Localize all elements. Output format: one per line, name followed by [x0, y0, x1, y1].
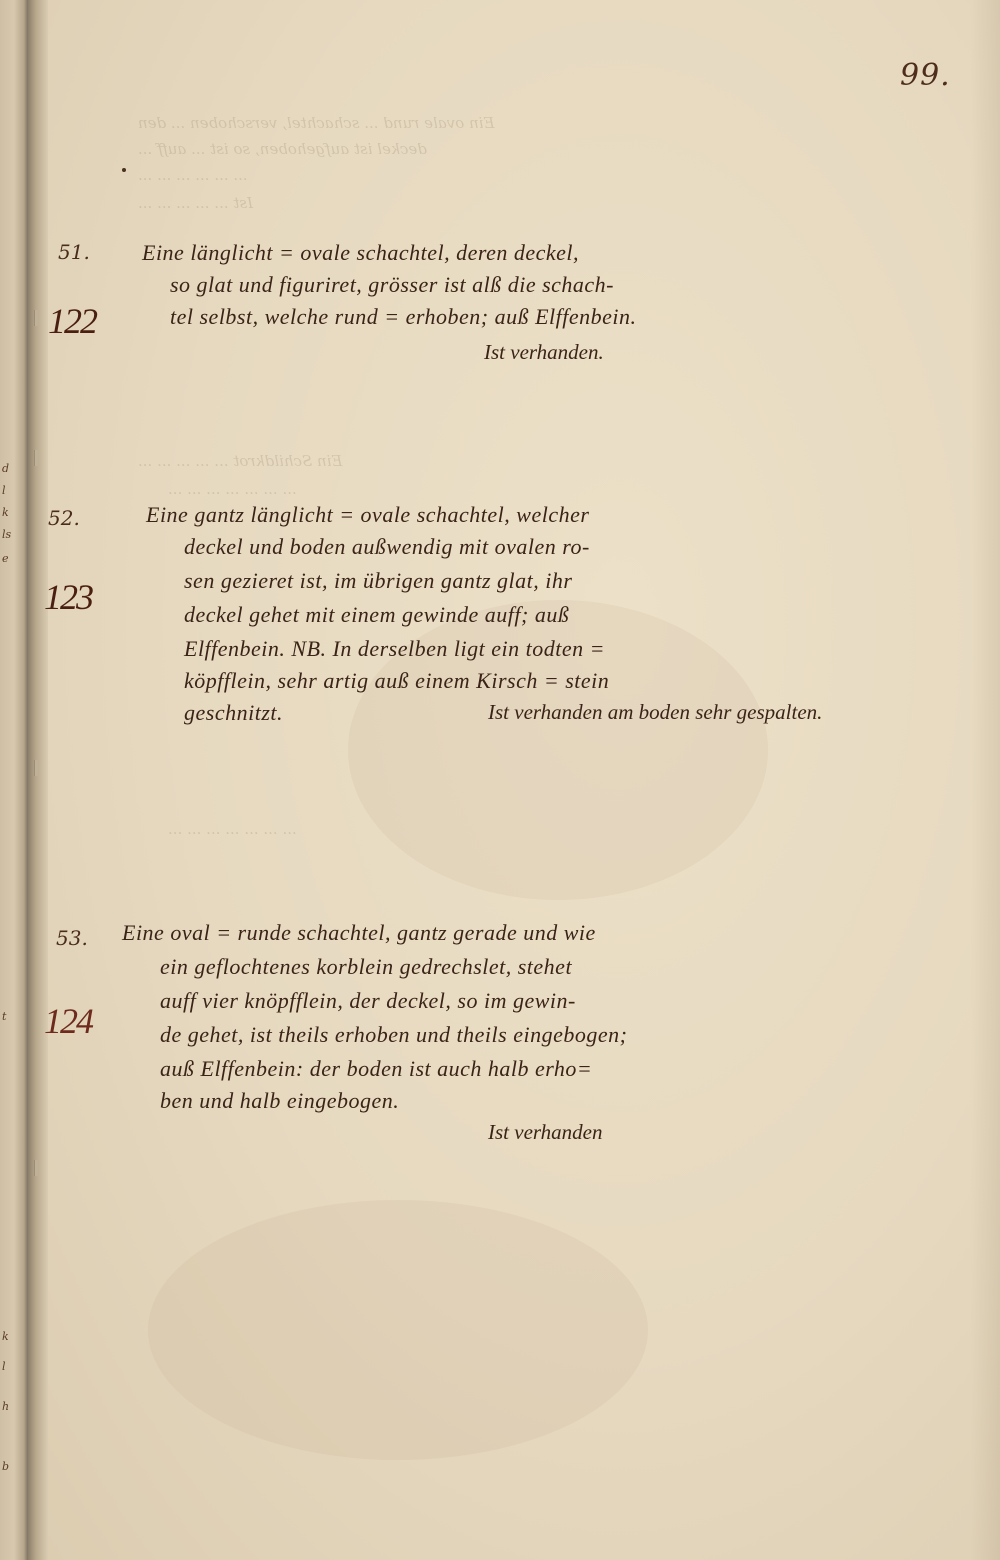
left-page-fragment: b [2, 1460, 24, 1474]
entry-number: 122 [48, 300, 96, 342]
bleedthrough-text: ... ... ... ... ... ... ... [168, 820, 297, 838]
bleedthrough-text: Ist ... ... ... ... ... [138, 194, 253, 212]
bleedthrough-text: Ein Schildkrot ... ... ... ... ... [138, 452, 342, 470]
left-page-fragment: k [2, 506, 24, 520]
left-page-fragment: d [2, 462, 24, 476]
left-page-fragment: e [2, 552, 24, 566]
entry-text-line: Eine gantz länglicht = ovale schachtel, … [146, 502, 589, 528]
entry-text-line: tel selbst, welche rund = erhoben; auß E… [170, 304, 637, 330]
entry-number: 123 [44, 576, 92, 618]
entry-text-line: auß Elffenbein: der boden ist auch halb … [160, 1056, 592, 1082]
entry-mark: 53. [56, 926, 88, 950]
left-page-edge: d l k ls e t k l h b [0, 0, 28, 1560]
manuscript-page: Ein ovale rund ... schachtel, verschoben… [48, 0, 1000, 1560]
bleedthrough-text: ... ... ... ... ... ... [138, 166, 248, 184]
left-page-fragment: t [2, 1010, 24, 1024]
ink-dot [122, 168, 126, 172]
entry-text-line: Elffenbein. NB. In derselben ligt ein to… [184, 636, 605, 662]
left-page-fragment: h [2, 1400, 24, 1414]
manuscript-scan: d l k ls e t k l h b Ein ovale rund ... … [0, 0, 1000, 1560]
entry-number: 124 [44, 1000, 92, 1042]
paper-stain [148, 1200, 648, 1460]
binding-stitch [34, 450, 38, 466]
entry-status-note: Ist verhanden. [484, 340, 604, 365]
entry-text-line: deckel gehet mit einem gewinde auff; auß [184, 602, 569, 628]
binding-gutter [28, 0, 48, 1560]
entry-text-line: sen gezieret ist, im übrigen gantz glat,… [184, 568, 572, 594]
entry-mark: 52. [48, 506, 80, 530]
left-page-fragment: k [2, 1330, 24, 1344]
binding-stitch [34, 1160, 38, 1176]
entry-status-note: Ist verhanden am boden sehr gespalten. [488, 700, 822, 725]
entry-status-note: Ist verhanden [488, 1120, 603, 1145]
bleedthrough-text: ... ... ... ... ... ... ... [168, 480, 297, 498]
entry-mark: 51. [58, 240, 90, 264]
entry-text-line: geschnitzt. [184, 700, 283, 726]
folio-number: 99. [900, 58, 951, 93]
entry-text-line: auff vier knöpfflein, der deckel, so im … [160, 988, 576, 1014]
entry-text-line: so glat und figuriret, grösser ist alß d… [170, 272, 614, 298]
entry-text-line: Eine länglicht = ovale schachtel, deren … [142, 240, 579, 266]
entry-text-line: deckel und boden außwendig mit ovalen ro… [184, 534, 590, 560]
entry-text-line: ben und halb eingebogen. [160, 1088, 399, 1114]
left-page-fragment: l [2, 1360, 24, 1374]
entry-text-line: ein geflochtenes korblein gedrechslet, s… [160, 954, 572, 980]
left-page-fragment: l [2, 484, 24, 498]
left-page-fragment: ls [2, 528, 24, 542]
entry-text-line: köpfflein, sehr artig auß einem Kirsch =… [184, 668, 609, 694]
entry-text-line: de gehet, ist theils erhoben und theils … [160, 1022, 627, 1048]
binding-stitch [34, 310, 38, 326]
bleedthrough-text: deckel ist aufgehoben, so ist ... auff .… [138, 140, 427, 158]
bleedthrough-text: Ein ovale rund ... schachtel, verschoben… [138, 114, 494, 132]
entry-text-line: Eine oval = runde schachtel, gantz gerad… [122, 920, 596, 946]
binding-stitch [34, 760, 38, 776]
